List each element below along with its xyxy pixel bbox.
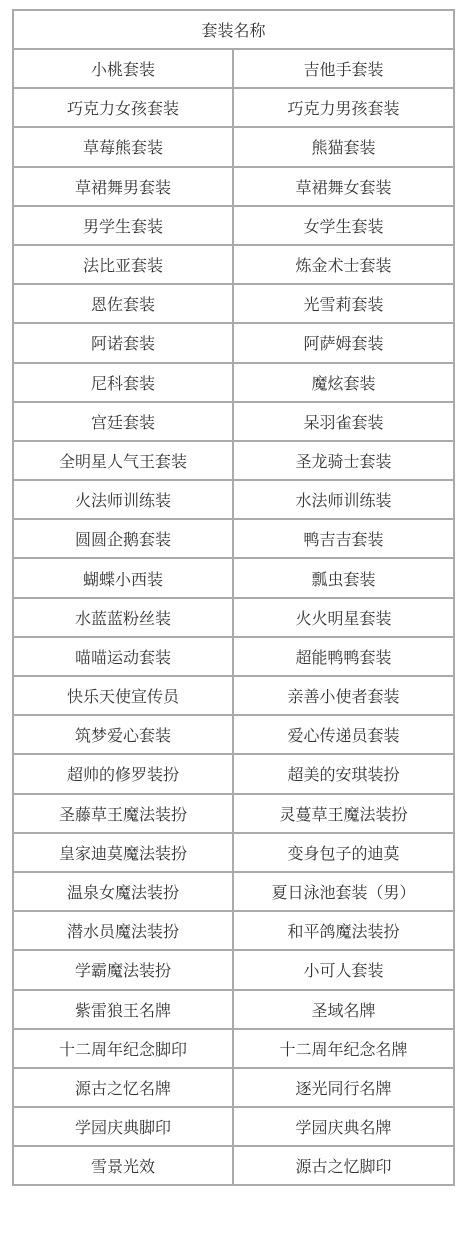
table-row: 阿诺套装阿萨姆套装 xyxy=(13,323,454,362)
table-row: 喵喵运动套装超能鸭鸭套装 xyxy=(13,637,454,676)
table-cell: 全明星人气王套装 xyxy=(13,441,233,480)
table-cell: 喵喵运动套装 xyxy=(13,637,233,676)
table-header-suit-name: 套装名称 xyxy=(13,10,454,49)
table-cell: 雪景光效 xyxy=(13,1146,233,1185)
table-cell: 学园庆典名牌 xyxy=(233,1107,454,1146)
table-cell: 爱心传递员套装 xyxy=(233,715,454,754)
table-cell: 紫雷狼王名牌 xyxy=(13,990,233,1029)
table-cell: 筑梦爱心套装 xyxy=(13,715,233,754)
table-cell: 吉他手套装 xyxy=(233,49,454,88)
table-cell: 十二周年纪念脚印 xyxy=(13,1029,233,1068)
table-row: 巧克力女孩套装巧克力男孩套装 xyxy=(13,88,454,127)
table-cell: 水法师训练装 xyxy=(233,480,454,519)
table-cell: 小桃套装 xyxy=(13,49,233,88)
table-cell: 圣龙骑士套装 xyxy=(233,441,454,480)
table-row: 潜水员魔法装扮和平鸽魔法装扮 xyxy=(13,911,454,950)
table-cell: 恩佐套装 xyxy=(13,284,233,323)
table-row: 宫廷套装呆羽雀套装 xyxy=(13,402,454,441)
table-row: 草裙舞男套装草裙舞女套装 xyxy=(13,167,454,206)
table-cell: 炼金术士套装 xyxy=(233,245,454,284)
table-body: 小桃套装吉他手套装 巧克力女孩套装巧克力男孩套装 草莓熊套装熊猫套装 草裙舞男套… xyxy=(13,49,454,1185)
table-row: 学园庆典脚印学园庆典名牌 xyxy=(13,1107,454,1146)
table-cell: 火法师训练装 xyxy=(13,480,233,519)
table-cell: 火火明星套装 xyxy=(233,598,454,637)
table-cell: 和平鸽魔法装扮 xyxy=(233,911,454,950)
table-row: 男学生套装女学生套装 xyxy=(13,206,454,245)
table-cell: 阿诺套装 xyxy=(13,323,233,362)
table-cell: 瓢虫套装 xyxy=(233,558,454,597)
table-row: 圆圆企鹅套装鸭吉吉套装 xyxy=(13,519,454,558)
table-row: 全明星人气王套装圣龙骑士套装 xyxy=(13,441,454,480)
table-row: 超帅的修罗装扮超美的安琪装扮 xyxy=(13,754,454,793)
table-row: 草莓熊套装熊猫套装 xyxy=(13,127,454,166)
table-row: 法比亚套装炼金术士套装 xyxy=(13,245,454,284)
table-cell: 学园庆典脚印 xyxy=(13,1107,233,1146)
table-cell: 草裙舞女套装 xyxy=(233,167,454,206)
table-cell: 小可人套装 xyxy=(233,950,454,989)
table-cell: 水蓝蓝粉丝装 xyxy=(13,598,233,637)
table-cell: 法比亚套装 xyxy=(13,245,233,284)
table-cell: 快乐天使宣传员 xyxy=(13,676,233,715)
table-cell: 巧克力男孩套装 xyxy=(233,88,454,127)
table-cell: 超帅的修罗装扮 xyxy=(13,754,233,793)
table-cell: 变身包子的迪莫 xyxy=(233,833,454,872)
table-row: 筑梦爱心套装爱心传递员套装 xyxy=(13,715,454,754)
table-cell: 温泉女魔法装扮 xyxy=(13,872,233,911)
table-cell: 圣域名牌 xyxy=(233,990,454,1029)
table-cell: 潜水员魔法装扮 xyxy=(13,911,233,950)
table-cell: 光雪莉套装 xyxy=(233,284,454,323)
table-cell: 宫廷套装 xyxy=(13,402,233,441)
table-row: 小桃套装吉他手套装 xyxy=(13,49,454,88)
table-cell: 蝴蝶小西装 xyxy=(13,558,233,597)
table-cell: 圣藤草王魔法装扮 xyxy=(13,794,233,833)
table-cell: 魔炫套装 xyxy=(233,363,454,402)
table-row: 尼科套装魔炫套装 xyxy=(13,363,454,402)
table-row: 雪景光效源古之忆脚印 xyxy=(13,1146,454,1185)
table-cell: 超美的安琪装扮 xyxy=(233,754,454,793)
table-cell: 尼科套装 xyxy=(13,363,233,402)
table-cell: 男学生套装 xyxy=(13,206,233,245)
table-row: 紫雷狼王名牌圣域名牌 xyxy=(13,990,454,1029)
table-row: 学霸魔法装扮小可人套装 xyxy=(13,950,454,989)
table-cell: 超能鸭鸭套装 xyxy=(233,637,454,676)
table-cell: 学霸魔法装扮 xyxy=(13,950,233,989)
table-row: 快乐天使宣传员亲善小使者套装 xyxy=(13,676,454,715)
table-row: 圣藤草王魔法装扮灵蔓草王魔法装扮 xyxy=(13,794,454,833)
table-row: 皇家迪莫魔法装扮变身包子的迪莫 xyxy=(13,833,454,872)
table-row: 恩佐套装光雪莉套装 xyxy=(13,284,454,323)
table-row: 温泉女魔法装扮夏日泳池套装（男） xyxy=(13,872,454,911)
suit-name-table: 套装名称 小桃套装吉他手套装 巧克力女孩套装巧克力男孩套装 草莓熊套装熊猫套装 … xyxy=(12,9,455,1186)
table-cell: 巧克力女孩套装 xyxy=(13,88,233,127)
table-cell: 皇家迪莫魔法装扮 xyxy=(13,833,233,872)
table-cell: 阿萨姆套装 xyxy=(233,323,454,362)
table-row: 十二周年纪念脚印十二周年纪念名牌 xyxy=(13,1029,454,1068)
table-row: 源古之忆名牌逐光同行名牌 xyxy=(13,1068,454,1107)
table-cell: 熊猫套装 xyxy=(233,127,454,166)
table-cell: 圆圆企鹅套装 xyxy=(13,519,233,558)
table-row: 蝴蝶小西装瓢虫套装 xyxy=(13,558,454,597)
table-header-row: 套装名称 xyxy=(13,10,454,49)
table-cell: 鸭吉吉套装 xyxy=(233,519,454,558)
table-cell: 夏日泳池套装（男） xyxy=(233,872,454,911)
table-cell: 灵蔓草王魔法装扮 xyxy=(233,794,454,833)
table-row: 火法师训练装水法师训练装 xyxy=(13,480,454,519)
table-cell: 亲善小使者套装 xyxy=(233,676,454,715)
table-cell: 女学生套装 xyxy=(233,206,454,245)
table-cell: 十二周年纪念名牌 xyxy=(233,1029,454,1068)
table-cell: 草裙舞男套装 xyxy=(13,167,233,206)
table-cell: 逐光同行名牌 xyxy=(233,1068,454,1107)
table-cell: 源古之忆脚印 xyxy=(233,1146,454,1185)
table-cell: 源古之忆名牌 xyxy=(13,1068,233,1107)
table-row: 水蓝蓝粉丝装火火明星套装 xyxy=(13,598,454,637)
table-cell: 呆羽雀套装 xyxy=(233,402,454,441)
table-cell: 草莓熊套装 xyxy=(13,127,233,166)
